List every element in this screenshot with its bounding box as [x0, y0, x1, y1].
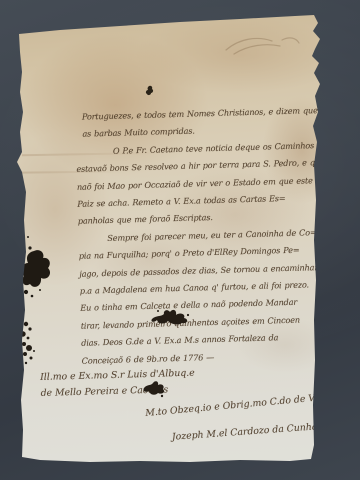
letter-text: Portuguezes, e todos tem Nomes Christian… [0, 0, 360, 480]
ink-blot-over-text-icon [149, 306, 191, 328]
ink-speck-edge-icon [19, 234, 31, 246]
photo-of-manuscript: Portuguezes, e todos tem Nomes Christian… [0, 0, 360, 480]
letter-body: Portuguezes, e todos tem Nomes Christian… [75, 102, 334, 370]
ink-blot-large-icon [20, 246, 52, 300]
manuscript-paper: Portuguezes, e todos tem Nomes Christian… [0, 0, 360, 480]
signature-name: Jozeph M.el Cardozo da Cunha [172, 421, 318, 442]
ink-speck-icon [145, 85, 155, 97]
letter-address: Ill.mo e Ex.mo S.r Luis d'Albuq.e de Mel… [40, 366, 195, 401]
ink-blot-after-address-icon [140, 377, 166, 399]
letter-signature: Jozeph M.el Cardozo da Cunha ⟶ [172, 420, 334, 443]
signature-arrow-flourish: ⟶ [320, 421, 334, 432]
ink-speck-chain-icon [17, 320, 39, 366]
faint-scribble-icon [222, 32, 304, 60]
